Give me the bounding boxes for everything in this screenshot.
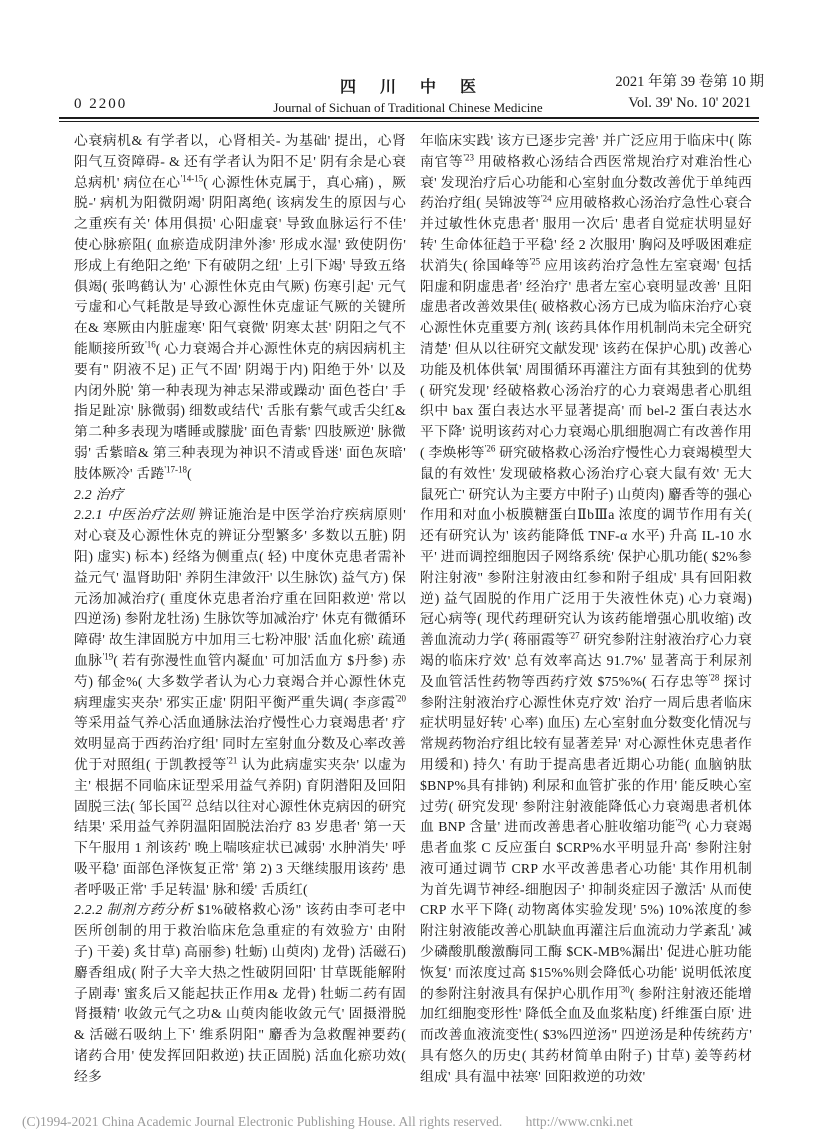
body-paragraph: 2.2.2 制剂方药分析 $1%破格救心汤" 该药由李可老中医所创制的用于救治临… xyxy=(74,900,406,1087)
copyright-text: (C)1994-2021 China Academic Journal Elec… xyxy=(22,1114,502,1129)
page-header: 0 2200 四 川 中 医 Journal of Sichuan of Tra… xyxy=(0,0,816,118)
body-paragraph: 年临床实践' 该方已逐步完善' 并广泛应用于临床中( 陈南官等'23 用破格救心… xyxy=(420,131,752,1088)
header-double-rule xyxy=(59,117,759,122)
left-column: 心衰病机& 有学者以，心肾相关- 为基础' 提出，心肾阳气互资障碍- & 还有学… xyxy=(74,131,406,1103)
section-heading: 2.2 治疗 xyxy=(74,485,406,506)
cnki-url: http://www.cnki.net xyxy=(526,1114,633,1129)
issue-volume-zh: 2021 年第 39 卷第 10 期 xyxy=(615,72,764,93)
right-column: 年临床实践' 该方已逐步完善' 并广泛应用于临床中( 陈南官等'23 用破格救心… xyxy=(420,131,752,1103)
copyright-footer: (C)1994-2021 China Academic Journal Elec… xyxy=(22,1114,796,1130)
issue-info: 2021 年第 39 卷第 10 期 Vol. 39' No. 10' 2021 xyxy=(615,72,764,114)
body-paragraph: 2.2.1 中医治疗法则 辨证施治是中医学治疗疾病原则' 对心衰及心源性休克的辨… xyxy=(74,505,406,900)
body-paragraph: 心衰病机& 有学者以，心肾相关- 为基础' 提出，心肾阳气互资障碍- & 还有学… xyxy=(74,131,406,485)
article-body: 心衰病机& 有学者以，心肾相关- 为基础' 提出，心肾阳气互资障碍- & 还有学… xyxy=(74,131,752,1103)
issue-volume-en: Vol. 39' No. 10' 2021 xyxy=(615,93,764,114)
journal-page: 0 2200 四 川 中 医 Journal of Sichuan of Tra… xyxy=(0,0,816,1145)
